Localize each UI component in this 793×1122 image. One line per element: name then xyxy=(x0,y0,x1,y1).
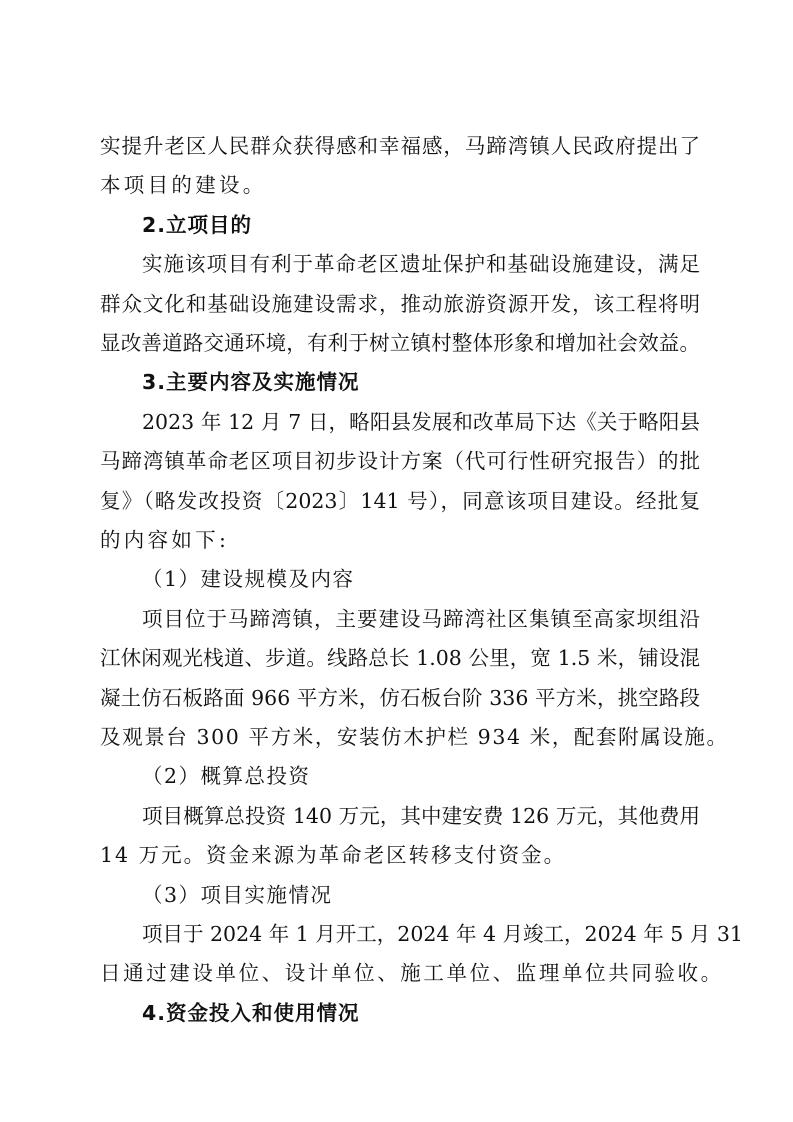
paragraph-line: 日通过建设单位、设计单位、施工单位、监理单位共同验收。 xyxy=(100,953,700,993)
section-heading-4: 4.资金投入和使用情况 xyxy=(100,993,700,1033)
paragraph-line: 群众文化和基础设施建设需求，推动旅游资源开发，该工程将明 xyxy=(100,284,700,324)
paragraph-line: 项目概算总投资 140 万元，其中建安费 126 万元，其他费用 xyxy=(100,796,700,836)
section-heading-3: 3.主要内容及实施情况 xyxy=(100,362,700,402)
paragraph-line: 项目于 2024 年 1 月开工，2024 年 4 月竣工，2024 年 5 月… xyxy=(100,914,700,954)
paragraph-line: 复》（略发改投资〔2023〕141 号），同意该项目建设。经批复 xyxy=(100,481,700,521)
paragraph-line: 项目位于马蹄湾镇，主要建设马蹄湾社区集镇至高家坝组沿 xyxy=(100,599,700,639)
paragraph-line: 凝土仿石板路面 966 平方米，仿石板台阶 336 平方米，挑空路段 xyxy=(100,678,700,718)
subsection-heading-2: （2）概算总投资 xyxy=(100,756,700,796)
paragraph-line: 及观景台 300 平方米，安装仿木护栏 934 米，配套附属设施。 xyxy=(100,717,700,757)
paragraph-line: 实施该项目有利于革命老区遗址保护和基础设施建设，满足 xyxy=(100,244,700,284)
subsection-heading-1: （1）建设规模及内容 xyxy=(100,559,700,599)
paragraph-line: 14 万元。资金来源为革命老区转移支付资金。 xyxy=(100,835,700,875)
paragraph-line: 显改善道路交通环境，有利于树立镇村整体形象和增加社会效益。 xyxy=(100,323,700,363)
subsection-heading-3: （3）项目实施情况 xyxy=(100,875,700,915)
paragraph-line: 2023 年 12 月 7 日，略阳县发展和改革局下达《关于略阳县 xyxy=(100,402,700,442)
paragraph-line: 马蹄湾镇革命老区项目初步设计方案（代可行性研究报告）的批 xyxy=(100,441,700,481)
paragraph-line: 本项目的建设。 xyxy=(100,165,700,205)
paragraph-line: 实提升老区人民群众获得感和幸福感，马蹄湾镇人民政府提出了 xyxy=(100,126,700,166)
paragraph-line: 江休闲观光栈道、步道。线路总长 1.08 公里，宽 1.5 米，铺设混 xyxy=(100,638,700,678)
section-heading-2: 2.立项目的 xyxy=(100,205,700,245)
paragraph-line: 的内容如下: xyxy=(100,520,700,560)
